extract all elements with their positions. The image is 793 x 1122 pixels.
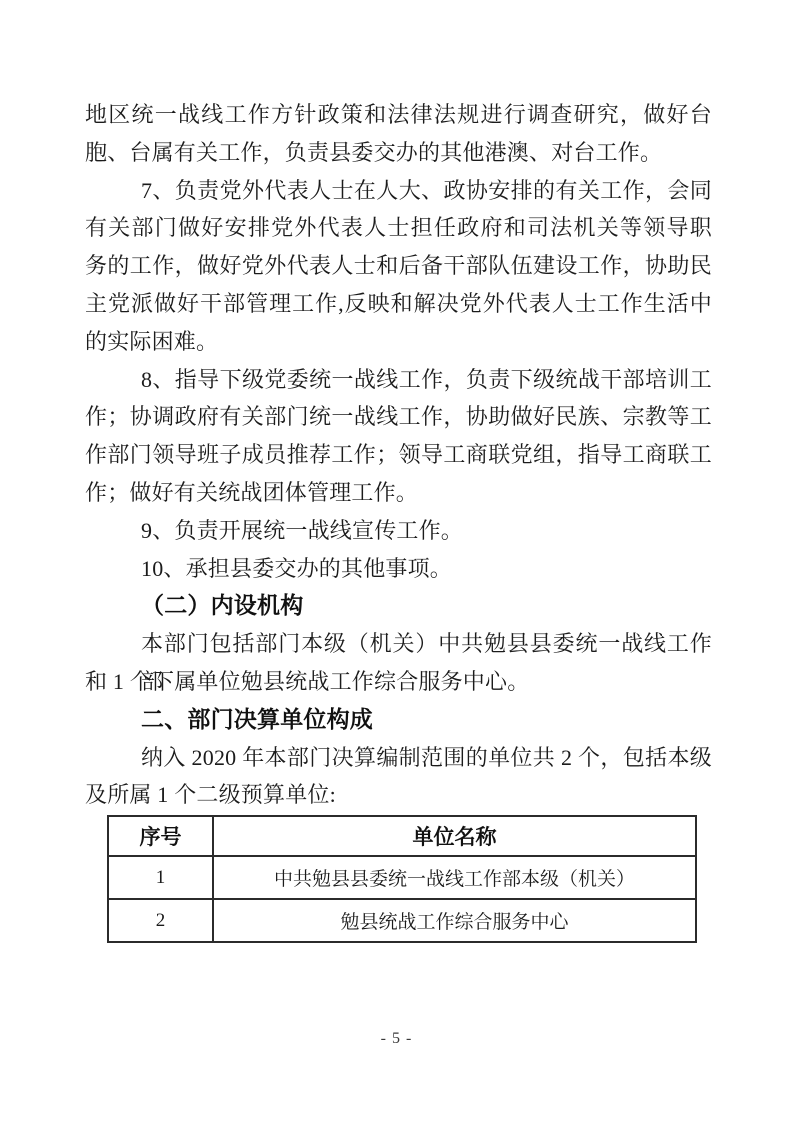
text-line: 作；协调政府有关部门统一战线工作，协助做好民族、宗教等工 bbox=[85, 398, 712, 436]
text-line: 10、承担县委交办的其他事项。 bbox=[85, 550, 712, 588]
unit-seq: 2 bbox=[108, 899, 213, 942]
units-table-header-seq: 序号 bbox=[108, 816, 213, 856]
text-line: 9、负责开展统一战线宣传工作。 bbox=[85, 512, 712, 550]
units-table: 序号 单位名称 1 中共勉县县委统一战线工作部本级（机关） 2 勉县统战工作综合… bbox=[107, 815, 697, 943]
text-line: 8、指导下级党委统一战线工作，负责下级统战干部培训工 bbox=[85, 361, 712, 399]
unit-name: 勉县统战工作综合服务中心 bbox=[213, 899, 696, 942]
document-body: 地区统一战线工作方针政策和法律法规进行调查研究，做好台 胞、台属有关工作，负责县… bbox=[85, 96, 712, 943]
text-line: 有关部门做好安排党外代表人士担任政府和司法机关等领导职 bbox=[85, 209, 712, 247]
text-line: 本部门包括部门本级（机关）中共勉县县委统一战线工作部 bbox=[85, 625, 712, 663]
text-line: 作部门领导班子成员推荐工作；领导工商联党组，指导工商联工 bbox=[85, 436, 712, 474]
units-table-row: 1 中共勉县县委统一战线工作部本级（机关） bbox=[108, 856, 696, 899]
units-table-header-row: 序号 单位名称 bbox=[108, 816, 696, 856]
text-line: 的实际困难。 bbox=[85, 323, 712, 361]
text-line: 7、负责党外代表人士在人大、政协安排的有关工作，会同 bbox=[85, 172, 712, 210]
text-line: 纳入 2020 年本部门决算编制范围的单位共 2 个，包括本级 bbox=[85, 739, 712, 777]
section-heading-internal-structure: （二）内设机构 bbox=[85, 587, 712, 625]
text-line: 地区统一战线工作方针政策和法律法规进行调查研究，做好台 bbox=[85, 96, 712, 134]
unit-seq: 1 bbox=[108, 856, 213, 899]
page-number: - 5 - bbox=[0, 1030, 793, 1048]
units-table-row: 2 勉县统战工作综合服务中心 bbox=[108, 899, 696, 942]
text-line: 主党派做好干部管理工作,反映和解决党外代表人士工作生活中 bbox=[85, 285, 712, 323]
text-line: 胞、台属有关工作，负责县委交办的其他港澳、对台工作。 bbox=[85, 134, 712, 172]
unit-name: 中共勉县县委统一战线工作部本级（机关） bbox=[213, 856, 696, 899]
document-page: 地区统一战线工作方针政策和法律法规进行调查研究，做好台 胞、台属有关工作，负责县… bbox=[0, 0, 793, 1122]
section-heading-unit-composition: 二、部门决算单位构成 bbox=[85, 701, 712, 739]
units-table-header-name: 单位名称 bbox=[213, 816, 696, 856]
text-line: 务的工作，做好党外代表人士和后备干部队伍建设工作，协助民 bbox=[85, 247, 712, 285]
text-line: 和 1 个下属单位勉县统战工作综合服务中心。 bbox=[85, 663, 712, 701]
text-line: 及所属 1 个二级预算单位: bbox=[85, 776, 712, 814]
text-line: 作；做好有关统战团体管理工作。 bbox=[85, 474, 712, 512]
